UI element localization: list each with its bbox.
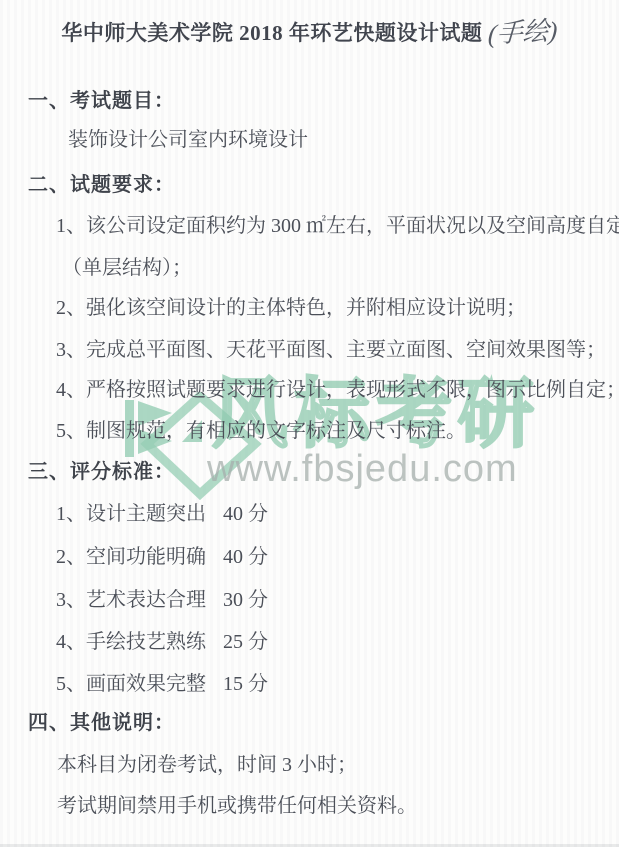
score-label: 4、手绘技艺熟练: [56, 629, 206, 655]
score-label: 5、画面效果完整: [56, 671, 206, 697]
score-value: 30 分: [223, 587, 268, 613]
section2-item4: 4、严格按照试题要求进行设计，表现形式不限，图示比例自定；: [56, 377, 619, 403]
section2-item1-line1: 1、该公司设定面积约为 300 ㎡左右，平面状况以及空间高度自定: [56, 213, 619, 239]
score-row: 2、空间功能明确40 分: [56, 544, 268, 570]
section2-heading: 二、试题要求：: [28, 172, 175, 198]
section1-content: 装饰设计公司室内环境设计: [68, 127, 308, 153]
section2-item3: 3、完成总平面图、天花平面图、主要立面图、空间效果图等；: [56, 337, 606, 363]
section2-item5: 5、制图规范，有相应的文字标注及尺寸标注。: [56, 418, 466, 444]
score-value: 25 分: [223, 629, 268, 655]
section4-line1: 本科目为闭卷考试，时间 3 小时；: [57, 752, 357, 778]
section2-item1-line2: （单层结构）；: [62, 255, 192, 281]
page-title-handwritten-note: (手绘): [488, 16, 559, 50]
section4-heading: 四、其他说明：: [28, 710, 175, 736]
exam-paper-page: 风标考研 www.fbsjedu.com 华中师大美术学院 2018 年环艺快题…: [0, 0, 619, 847]
score-row: 5、画面效果完整15 分: [56, 671, 268, 697]
watermark-url-text: www.fbsjedu.com: [207, 449, 518, 489]
page-title: 华中师大美术学院 2018 年环艺快题设计试题 (手绘): [0, 18, 619, 48]
section4-line2: 考试期间禁用手机或携带任何相关资料。: [57, 793, 417, 819]
section3-heading: 三、评分标准：: [28, 459, 175, 485]
section1-heading: 一、考试题目：: [28, 88, 175, 114]
score-value: 15 分: [223, 671, 268, 697]
score-value: 40 分: [223, 501, 268, 527]
score-row: 1、设计主题突出40 分: [56, 501, 268, 527]
score-row: 4、手绘技艺熟练25 分: [56, 629, 268, 655]
score-label: 2、空间功能明确: [56, 544, 206, 570]
score-row: 3、艺术表达合理30 分: [56, 587, 268, 613]
page-title-text: 华中师大美术学院 2018 年环艺快题设计试题: [61, 18, 482, 48]
watermark-logo: [122, 392, 262, 505]
score-label: 3、艺术表达合理: [56, 587, 206, 613]
section2-item2: 2、强化该空间设计的主体特色，并附相应设计说明；: [56, 295, 526, 321]
score-value: 40 分: [223, 544, 268, 570]
score-label: 1、设计主题突出: [56, 501, 206, 527]
